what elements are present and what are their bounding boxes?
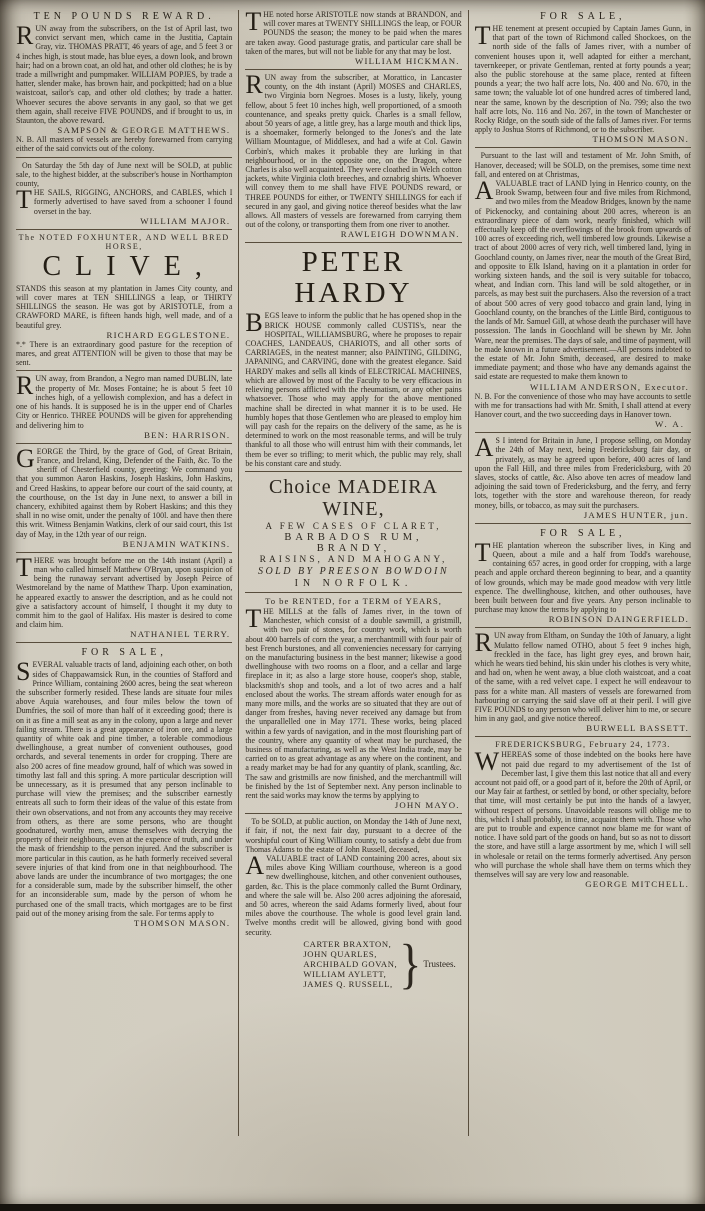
ad-signature: BEN: HARRISON. xyxy=(16,430,232,440)
drop-cap: T xyxy=(475,24,493,46)
ad-signature: ROBINSON DAINGERFIELD. xyxy=(475,614,691,624)
ad-body: THE tenement at present occupied by Capt… xyxy=(475,24,691,134)
ad-runaway-moses-charles: RUN away from the subscriber, at Moratti… xyxy=(245,69,461,239)
ad-text: HE tenement at present occupied by Capta… xyxy=(475,24,691,134)
ad-adams-auction: To be SOLD, at public auction, on Monday… xyxy=(245,813,461,989)
ad-signature: JOHN MAYO. xyxy=(245,800,461,810)
trustees-label: Trustees. xyxy=(423,959,455,969)
drop-cap: T xyxy=(245,10,263,32)
ad-body: GEORGE the Third, by the grace of God, o… xyxy=(16,447,232,539)
ad-body: THE noted horse ARISTOTLE now stands at … xyxy=(245,10,461,56)
page-bottom-edge xyxy=(0,1204,705,1211)
drop-cap: B xyxy=(245,311,264,333)
ad-daingerfield-plantation: FOR SALE, THE plantation whereon the sub… xyxy=(475,523,691,625)
ad-intro: On Saturday the 5th day of June next wil… xyxy=(16,161,232,189)
ad-body: SEVERAL valuable tracts of land, adjoini… xyxy=(16,660,232,918)
ad-body: WHEREAS some of those indebted on the bo… xyxy=(475,750,691,879)
trustee-name: ARCHIBALD GOVAN, xyxy=(303,959,397,969)
ad-text: VALUABLE tract of LAND containing 200 ac… xyxy=(245,854,461,937)
ad-body: RUN away, from Brandon, a Negro man name… xyxy=(16,374,232,429)
ad-signature: GEORGE MITCHELL. xyxy=(475,879,691,889)
ad-signature: WILLIAM HICKMAN. xyxy=(245,56,461,66)
ad-text: HE MILLS at the falls of James river, in… xyxy=(245,607,461,800)
wine-line: Choice MADEIRA WINE, xyxy=(245,476,461,520)
ad-horse-clive: The NOTED FOXHUNTER, AND WELL BRED HORSE… xyxy=(16,229,232,368)
ad-signature: JAMES HUNTER, jun. xyxy=(475,510,691,520)
ad-signature: WILLIAM MAJOR. xyxy=(16,216,232,226)
drop-cap: R xyxy=(16,24,35,46)
ad-heading: FOR SALE, xyxy=(475,11,691,22)
ad-signature: WILLIAM ANDERSON, Executor. xyxy=(475,382,691,392)
ad-text: HERE was brought before me on the 14th i… xyxy=(16,556,232,629)
drop-cap: T xyxy=(16,188,34,210)
trustee-name: CARTER BRAXTON, xyxy=(303,939,397,949)
trustee-name: WILLIAM AYLETT, xyxy=(303,969,397,979)
ad-signature: BENJAMIN WATKINS. xyxy=(16,539,232,549)
ad-signature: BURWELL BASSETT. xyxy=(475,723,691,733)
ad-title: CLIVE, xyxy=(26,252,232,282)
ad-body: RUN away from the subscribers, on the 1s… xyxy=(16,24,232,125)
ad-body: AVALUABLE tract of LAND lying in Henrico… xyxy=(475,179,691,381)
drop-cap: T xyxy=(16,556,34,578)
ad-obryan-committed: THERE was brought before me on the 14th … xyxy=(16,552,232,640)
wine-line: IN NORFOLK. xyxy=(245,578,461,589)
newspaper-page: TEN POUNDS REWARD. RUN away from the sub… xyxy=(0,0,705,1211)
ad-text: VALUABLE tract of LAND lying in Henrico … xyxy=(475,179,691,381)
ad-text: EGS leave to inform the public that he h… xyxy=(245,311,461,467)
wine-line: SOLD BY PREESON BOWDOIN xyxy=(245,566,461,577)
ad-note: *.* There is an extraordinary good pastu… xyxy=(16,340,232,368)
ad-text: UN away, from Brandon, a Negro man named… xyxy=(16,374,232,429)
ad-text: HE plantation whereon the subscriber liv… xyxy=(475,541,691,614)
ad-text: HE SAILS, RIGGING, ANCHORS, and CABLES, … xyxy=(34,188,232,215)
ad-signature: RAWLEIGH DOWNMAN. xyxy=(245,229,461,239)
ad-signature: RICHARD EGGLESTONE. xyxy=(16,330,232,340)
ad-mitchell-debts-notice: FREDERICKSBURG, February 24, 1773. WHERE… xyxy=(475,736,691,889)
drop-cap: G xyxy=(16,447,37,469)
ad-hunter-britain-sale: AS I intend for Britain in June, I propo… xyxy=(475,432,691,520)
ad-peter-hardy: PETER HARDY BEGS leave to inform the pub… xyxy=(245,242,461,467)
ad-chancery-writ: GEORGE the Third, by the grace of God, o… xyxy=(16,443,232,549)
drop-cap: T xyxy=(475,541,493,563)
wine-line: A FEW CASES OF CLARET, xyxy=(245,521,461,531)
ad-madeira-wine: Choice MADEIRA WINE, A FEW CASES OF CLAR… xyxy=(245,471,461,589)
trustee-name: JAMES Q. RUSSELL, xyxy=(303,979,397,989)
ad-body: RUN away from the subscriber, at Moratti… xyxy=(245,73,461,229)
ad-body: BEGS leave to inform the public that he … xyxy=(245,311,461,467)
ad-runaway-otho: RUN away from Eltham, on Sunday the 10th… xyxy=(475,627,691,733)
ad-note: N. B. All masters of vessels are hereby … xyxy=(16,135,232,153)
ad-signature: THOMSON MASON. xyxy=(16,918,232,928)
ad-body: STANDS this season at my plantation in J… xyxy=(16,284,232,330)
ad-title: PETER HARDY xyxy=(245,247,461,309)
ad-body: THE MILLS at the falls of James river, i… xyxy=(245,607,461,800)
ad-intro: Pursuant to the last will and testament … xyxy=(475,151,691,179)
ad-text: UN away from the subscribers, on the 1st… xyxy=(16,24,232,125)
ad-sails-rigging-sale: On Saturday the 5th day of June next wil… xyxy=(16,157,232,226)
drop-cap: T xyxy=(245,607,263,629)
ad-intro: To be RENTED, for a TERM of YEARS, xyxy=(245,596,461,606)
ad-note: N. B. For the convenience of those who m… xyxy=(475,392,691,420)
column-left: TEN POUNDS REWARD. RUN away from the sub… xyxy=(10,10,238,1136)
ad-body: THE plantation whereon the subscriber li… xyxy=(475,541,691,615)
ad-note-signature: W. A. xyxy=(475,419,691,429)
column-area: TEN POUNDS REWARD. RUN away from the sub… xyxy=(0,0,705,1136)
drop-cap: R xyxy=(16,374,35,396)
drop-cap: R xyxy=(245,73,264,95)
ad-signature: NATHANIEL TERRY. xyxy=(16,629,232,639)
wine-line: RAISINS, AND MAHOGANY, xyxy=(245,555,461,565)
drop-cap: A xyxy=(475,436,496,458)
ad-heading: FOR SALE, xyxy=(16,647,232,658)
ad-smith-estate: Pursuant to the last will and testament … xyxy=(475,147,691,429)
ad-intro: To be SOLD, at public auction, on Monday… xyxy=(245,817,461,854)
ad-body: AVALUABLE tract of LAND containing 200 a… xyxy=(245,854,461,937)
drop-cap: R xyxy=(475,631,494,653)
ad-dateline: FREDERICKSBURG, February 24, 1773. xyxy=(475,740,691,749)
drop-cap: A xyxy=(245,854,266,876)
trustee-names: CARTER BRAXTON, JOHN QUARLES, ARCHIBALD … xyxy=(303,939,397,989)
ad-text: UN away from Eltham, on Sunday the 10th … xyxy=(475,631,691,723)
ad-text: EORGE the Third, by the grace of God, of… xyxy=(16,447,232,539)
ad-text: S I intend for Britain in June, I propos… xyxy=(475,436,691,509)
drop-cap: A xyxy=(475,179,496,201)
ad-text: UN away from the subscriber, at Morattic… xyxy=(245,73,461,229)
ad-heading: FOR SALE, xyxy=(475,528,691,539)
ad-gunn-tenement: FOR SALE, THE tenement at present occupi… xyxy=(475,11,691,144)
drop-cap: S xyxy=(16,660,32,682)
ad-ten-pounds-reward: TEN POUNDS REWARD. RUN away from the sub… xyxy=(16,11,232,154)
ad-text: EVERAL valuable tracts of land, adjoinin… xyxy=(16,660,232,917)
ad-text: HE noted horse ARISTOTLE now stands at B… xyxy=(245,10,461,56)
ad-text: HEREAS some of those indebted on the boo… xyxy=(475,750,691,879)
ad-manchester-mills: To be RENTED, for a TERM of YEARS, THE M… xyxy=(245,592,461,810)
ad-heading: TEN POUNDS REWARD. xyxy=(16,11,232,22)
trustee-name: JOHN QUARLES, xyxy=(303,949,397,959)
ad-body: THE SAILS, RIGGING, ANCHORS, and CABLES,… xyxy=(16,188,232,216)
column-middle: THE noted horse ARISTOTLE now stands at … xyxy=(238,10,467,1136)
wine-line: BARBADOS RUM, BRANDY, xyxy=(245,532,461,554)
ad-horse-aristotle: THE noted horse ARISTOTLE now stands at … xyxy=(245,10,461,66)
ad-signature: SAMPSON & GEORGE MATTHEWS. xyxy=(16,125,232,135)
drop-cap: W xyxy=(475,750,502,772)
ad-body: THERE was brought before me on the 14th … xyxy=(16,556,232,630)
ad-signature: THOMSON MASON. xyxy=(475,134,691,144)
ad-kicker: The NOTED FOXHUNTER, AND WELL BRED HORSE… xyxy=(16,233,232,251)
trustees-block: CARTER BRAXTON, JOHN QUARLES, ARCHIBALD … xyxy=(303,939,461,989)
ad-body: AS I intend for Britain in June, I propo… xyxy=(475,436,691,510)
ad-body: RUN away from Eltham, on Sunday the 10th… xyxy=(475,631,691,723)
ad-chappawamsick-land-sale: FOR SALE, SEVERAL valuable tracts of lan… xyxy=(16,642,232,928)
column-right: FOR SALE, THE tenement at present occupi… xyxy=(468,10,697,1136)
brace-glyph: } xyxy=(399,936,421,991)
ad-runaway-dublin: RUN away, from Brandon, a Negro man name… xyxy=(16,370,232,439)
